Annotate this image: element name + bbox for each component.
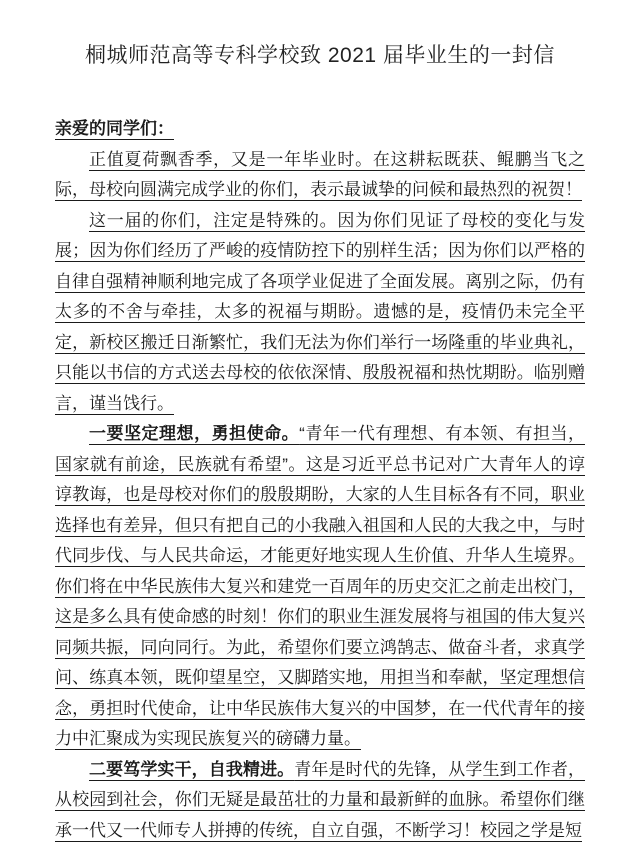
paragraph: 正值夏荷飘香季，又是一年毕业时。在这耕耘既获、鲲鹏当飞之际，母校向圆满完成学业的… <box>55 145 585 206</box>
paragraph-text: “青年一代有理想、有本领、有担当，国家就有前途，民族就有希望”。这是习近平总书记… <box>55 424 585 748</box>
paragraph: 这一届的你们，注定是特殊的。因为你们见证了母校的变化与发展；因为你们经历了严峻的… <box>55 206 585 420</box>
paragraph-text: 这一届的你们，注定是特殊的。因为你们见证了母校的变化与发展；因为你们经历了严峻的… <box>55 211 585 413</box>
letter-body: 正值夏荷飘香季，又是一年毕业时。在这耕耘既获、鲲鹏当飞之际，母校向圆满完成学业的… <box>55 145 585 847</box>
letter-document: 桐城师范高等专科学校致 2021 届毕业生的一封信 亲爱的同学们： 正值夏荷飘香… <box>0 0 639 862</box>
paragraph: 二要笃学实干，自我精进。青年是时代的先锋，从学生到工作者，从校园到社会，你们无疑… <box>55 755 585 847</box>
document-title: 桐城师范高等专科学校致 2021 届毕业生的一封信 <box>55 42 585 70</box>
paragraph-lead-bold: 二要笃学实干，自我精进。 <box>89 760 294 779</box>
paragraph: 一要坚定理想，勇担使命。“青年一代有理想、有本领、有担当，国家就有前途，民族就有… <box>55 419 585 755</box>
salutation: 亲爱的同学们： <box>55 114 585 145</box>
paragraph-text: 正值夏荷飘香季，又是一年毕业时。在这耕耘既获、鲲鹏当飞之际，母校向圆满完成学业的… <box>55 150 585 200</box>
paragraph-lead-bold: 一要坚定理想，勇担使命。 <box>89 424 299 443</box>
